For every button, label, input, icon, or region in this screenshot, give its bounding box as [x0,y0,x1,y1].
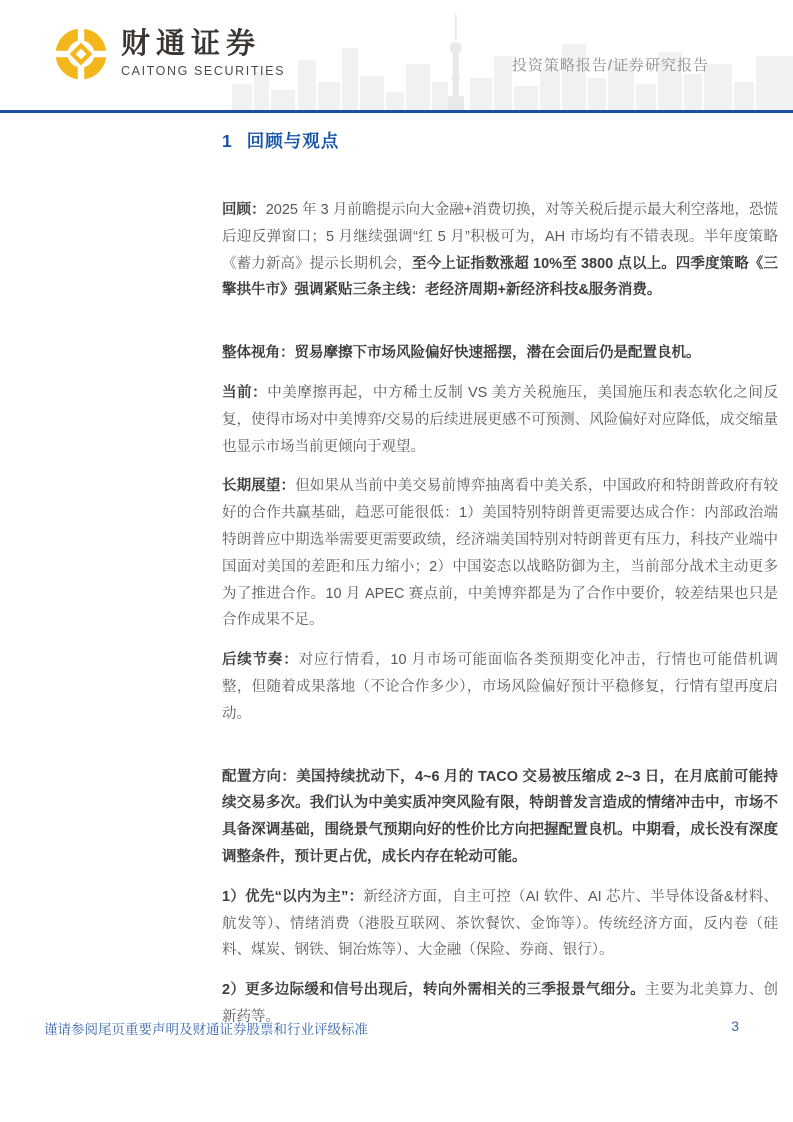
text-run: 但如果从当前中美交易前博弈抽离看中美关系，中国政府和特朗普政府有较好的合作共赢基… [222,478,778,628]
page-number: 3 [731,1018,739,1034]
company-logo: 财通证券 CAITONG SECURITIES [54,27,285,81]
section-heading: 1回顾与观点 [222,128,778,153]
pearl-tower-icon [448,14,464,110]
logo-name-en: CAITONG SECURITIES [121,65,285,78]
text-run: 后续节奏： [222,652,299,668]
text-run: 中美摩擦再起，中方稀土反制 VS 美方关税施压，美国施压和表态软化之间反复，使得… [222,385,778,455]
footer-disclaimer: 谨请参阅尾页重要声明及财通证券股票和行业评级标准 [44,1018,368,1038]
paragraph: 当前：中美摩擦再起，中方稀土反制 VS 美方关税施压，美国施压和表态软化之间反复… [222,380,778,460]
report-page: 财通证券 CAITONG SECURITIES 投资策略报告/证券研究报告 1回… [0,0,793,1122]
caitong-coin-icon [54,27,108,81]
text-run: 整体视角：贸易摩擦下市场风险偏好快速摇摆，潜在会面后仍是配置良机。 [222,345,701,361]
logo-name-cn: 财通证券 [121,30,285,59]
body-paragraphs: 回顾：2025 年 3 月前瞻提示向大金融+消费切换，对等关税后提示最大利空落地… [222,197,778,1031]
logo-text: 财通证券 CAITONG SECURITIES [121,30,285,78]
text-run: 回顾： [222,202,266,218]
section-number: 1 [222,131,233,151]
paragraph: 长期展望：但如果从当前中美交易前博弈抽离看中美关系，中国政府和特朗普政府有较好的… [222,473,778,634]
section-title: 回顾与观点 [247,131,340,151]
paragraph: 回顾：2025 年 3 月前瞻提示向大金融+消费切换，对等关税后提示最大利空落地… [222,197,778,304]
text-run: 2）更多边际缓和信号出现后，转向外需相关的三季报景气细分。 [222,982,645,998]
page-header: 财通证券 CAITONG SECURITIES 投资策略报告/证券研究报告 [0,0,793,113]
paragraph: 整体视角：贸易摩擦下市场风险偏好快速摇摆，潜在会面后仍是配置良机。 [222,340,778,367]
text-run: 配置方向：美国持续扰动下，4~6 月的 TACO 交易被压缩成 2~3 日，在月… [222,769,778,865]
text-run: 对应行情看，10 月市场可能面临各类预期变化冲击，行情也可能借机调整，但随着成果… [222,652,778,722]
document-body: 1回顾与观点 回顾：2025 年 3 月前瞻提示向大金融+消费切换，对等关税后提… [222,128,778,1044]
report-type-label: 投资策略报告/证券研究报告 [512,54,709,75]
text-run: 当前： [222,385,267,401]
text-run: 1）优先“以内为主”： [222,889,363,905]
paragraph: 后续节奏：对应行情看，10 月市场可能面临各类预期变化冲击，行情也可能借机调整，… [222,647,778,727]
paragraph: 配置方向：美国持续扰动下，4~6 月的 TACO 交易被压缩成 2~3 日，在月… [222,764,778,871]
text-run: 长期展望： [222,478,295,494]
paragraph: 1）优先“以内为主”：新经济方面，自主可控（AI 软件、AI 芯片、半导体设备&… [222,884,778,964]
